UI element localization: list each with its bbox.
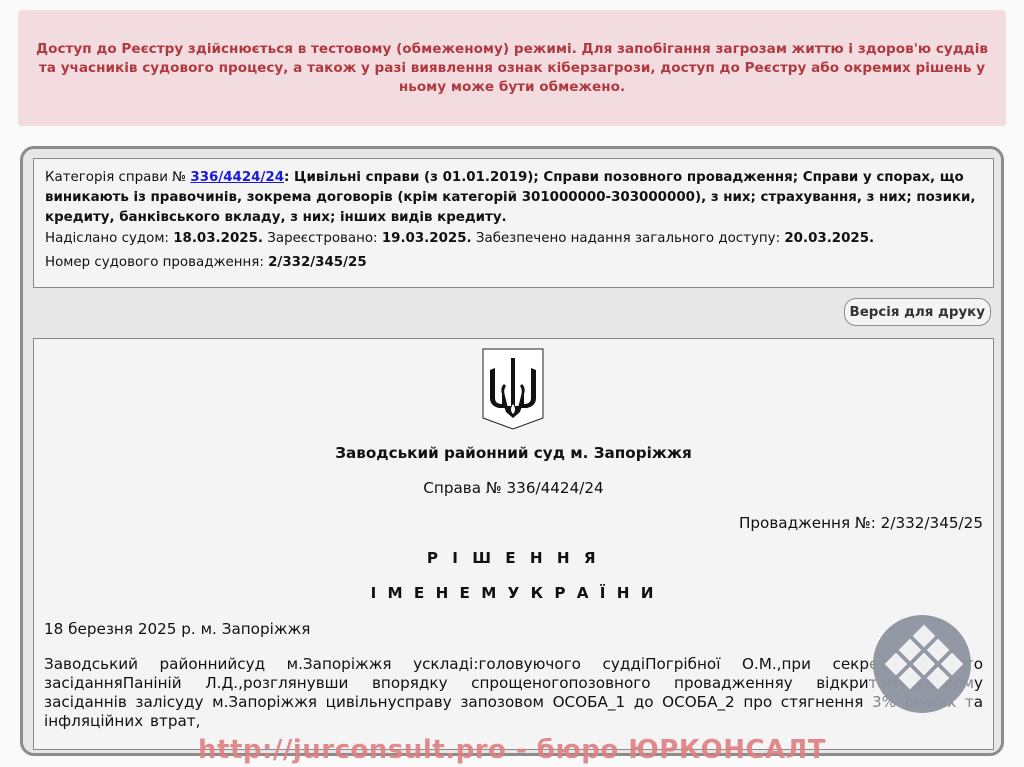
case-number: Справа № 336/4424/24 bbox=[34, 479, 993, 497]
case-category: Категорія справи № 336/4424/24: Цивільні… bbox=[45, 168, 982, 228]
proceeding-number-value: 2/332/345/25 bbox=[268, 255, 367, 270]
access-notice-banner: Доступ до Реєстру здійснюється в тестово… bbox=[18, 10, 1006, 126]
print-version-button[interactable]: Версія для друку bbox=[844, 298, 992, 326]
sent-date: 18.03.2025. bbox=[173, 231, 263, 246]
access-notice-text: Доступ до Реєстру здійснюється в тестово… bbox=[34, 40, 990, 97]
decision-subtitle: І М Е Н Е М У К Р А Ї Н И bbox=[34, 584, 993, 602]
proceeding-line: Провадження №: 2/332/345/25 bbox=[739, 514, 983, 532]
case-dates: Надіслано судом: 18.03.2025. Зареєстрова… bbox=[45, 229, 982, 249]
decision-frame: Категорія справи № 336/4424/24: Цивільні… bbox=[20, 146, 1004, 756]
registered-date: 19.03.2025. bbox=[382, 231, 472, 246]
decision-document: Заводський районний суд м. Запоріжжя Спр… bbox=[33, 338, 994, 750]
case-number-link[interactable]: 336/4424/24 bbox=[190, 170, 284, 185]
court-name: Заводський районний суд м. Запоріжжя bbox=[34, 444, 993, 462]
access-date: 20.03.2025. bbox=[784, 231, 874, 246]
decision-body: Заводський районнийсуд м.Запоріжжя ускла… bbox=[44, 655, 983, 731]
proceeding-number: Номер судового провадження: 2/332/345/25 bbox=[45, 253, 982, 273]
decision-date-place: 18 березня 2025 р. м. Запоріжжя bbox=[44, 620, 310, 638]
ukraine-coat-of-arms-icon bbox=[482, 348, 544, 430]
decision-title: Р І Ш Е Н Н Я bbox=[34, 549, 993, 567]
case-info-panel: Категорія справи № 336/4424/24: Цивільні… bbox=[33, 158, 994, 288]
